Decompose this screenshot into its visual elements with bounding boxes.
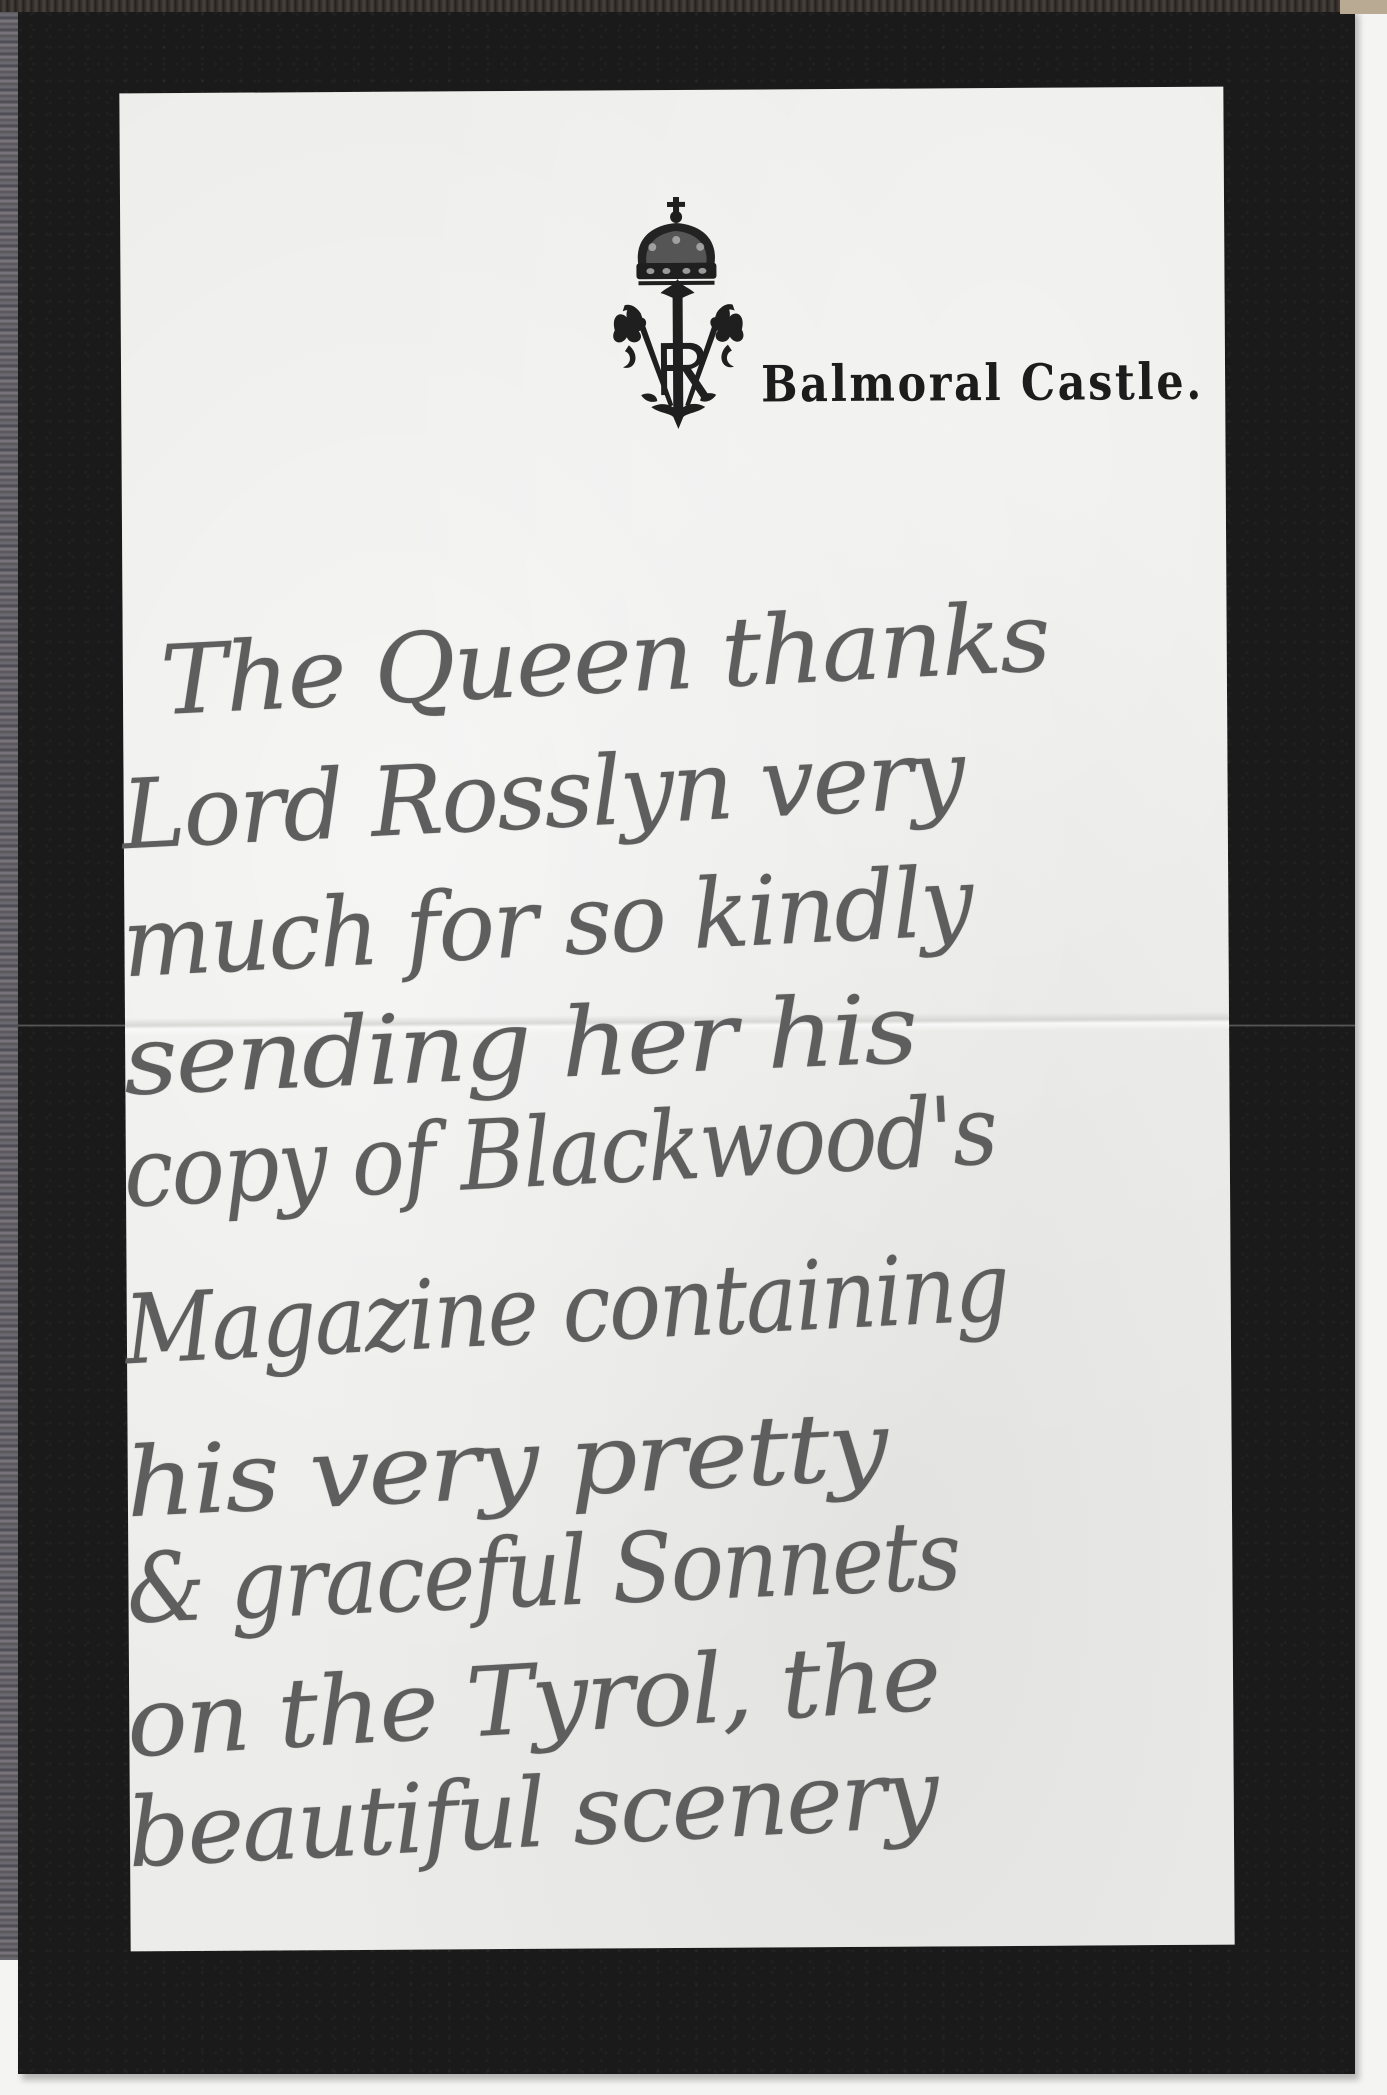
letter-line: Magazine containing: [122, 1234, 1107, 1379]
letter-line: Lord Rosslyn very: [119, 713, 1212, 863]
scan-edge-artifact: [0, 0, 20, 1960]
letter-line: The Queen thanks: [158, 577, 1295, 729]
handwritten-letter-body: The Queen thanks Lord Rosslyn very much …: [119, 87, 1234, 1952]
letter-line: much for so kindly: [120, 842, 1192, 991]
scan-top-artifact: [0, 0, 1345, 12]
letter-paper: Balmoral Castle. The Queen thanks Lord R…: [119, 87, 1234, 1952]
scan-corner-artifact: [1340, 0, 1387, 14]
